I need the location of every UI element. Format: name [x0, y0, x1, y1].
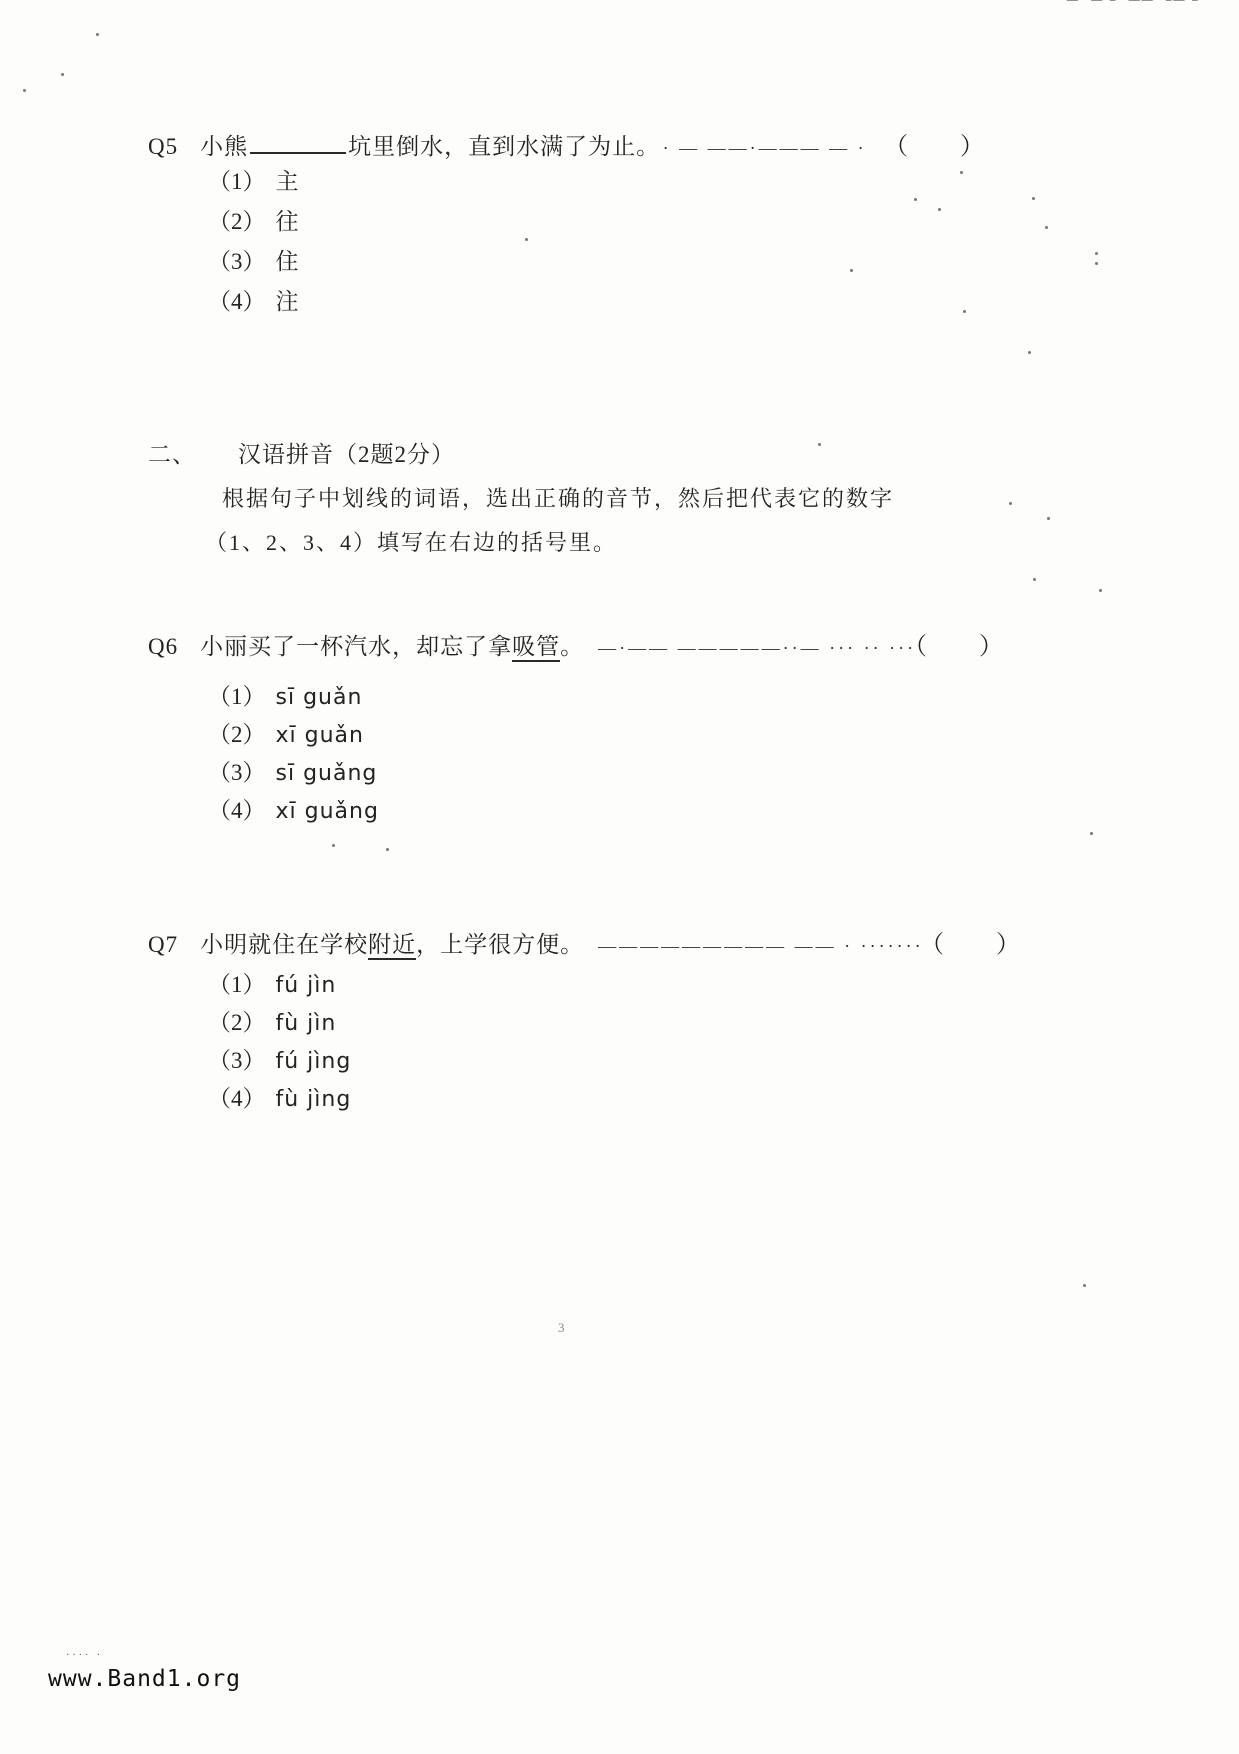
- noise-dot: [1083, 1284, 1086, 1287]
- q6-bracket-open: （: [903, 634, 927, 660]
- q7-text-after: ，上学很方便。: [416, 932, 584, 957]
- q6-text-after: 。: [560, 634, 584, 659]
- q5-text-before-blank: 小熊: [200, 134, 248, 159]
- q6-text-before: 小丽买了一杯汽水，却忘了拿: [200, 634, 512, 659]
- q5-option-4-number: （4）: [208, 289, 266, 314]
- q6-option-3-text: sī guǎng: [276, 761, 378, 786]
- q5-option-2-number: （2）: [208, 209, 266, 234]
- q7-underlined-word: 附近: [368, 932, 416, 960]
- q5-dotted-leader: · — ——·——— — ·: [663, 138, 867, 158]
- q7-text-before: 小明就住在学校: [200, 932, 368, 957]
- section-2-instruction-line1: 根据句子中划线的词语，选出正确的音节，然后把代表它的数字: [222, 482, 894, 513]
- noise-dot: [818, 443, 821, 446]
- q6-option-4-text: xī guǎng: [276, 799, 379, 824]
- q5-label: Q5: [148, 134, 178, 159]
- noise-dot: [1090, 832, 1093, 835]
- q6-options: （1）sī guǎn （2）xī guǎn （3）sī guǎng （4）xī …: [208, 678, 379, 830]
- q7-option-3-text: fú jìng: [276, 1049, 352, 1074]
- noise-dot: [332, 844, 335, 847]
- noise-dot: [1033, 578, 1036, 581]
- q7-option-4-text: fù jìng: [276, 1087, 352, 1112]
- q7-option-2: （2）fù jìn: [208, 1004, 351, 1042]
- q7-label: Q7: [148, 932, 178, 957]
- noise-dot: [1028, 351, 1031, 354]
- q7-option-2-text: fù jìn: [276, 1011, 337, 1036]
- q5-option-3-text: 住: [276, 249, 299, 274]
- page-number: 3: [558, 1320, 565, 1336]
- q7-option-1: （1）fú jìn: [208, 966, 351, 1004]
- q5-bracket-close: ）: [960, 134, 984, 160]
- q6-answer-bracket: （）: [903, 626, 1003, 661]
- q5-option-3: （3）住: [208, 242, 299, 282]
- q5-option-2: （2）往: [208, 202, 299, 242]
- watermark-url: www.Band1.org: [48, 1666, 241, 1692]
- q7-dotted-leader: ————————— —— · ·······: [598, 936, 923, 956]
- q6-bracket-close: ）: [979, 634, 1003, 660]
- q6-option-2: （2）xī guǎn: [208, 716, 379, 754]
- noise-dot: [525, 238, 528, 241]
- q7-option-1-number: （1）: [208, 972, 266, 997]
- section-2-title: 汉语拼音（2题2分）: [238, 442, 455, 467]
- q7-option-4-number: （4）: [208, 1086, 266, 1111]
- noise-dot: [96, 33, 99, 36]
- q5-option-4-text: 注: [276, 289, 299, 314]
- question-q6: Q6小丽买了一杯汽水，却忘了拿吸管。—·—— —————··— ··· ·· ·…: [148, 628, 916, 661]
- q7-option-2-number: （2）: [208, 1010, 266, 1035]
- q7-bracket-open: （: [920, 932, 944, 958]
- q6-option-1-number: （1）: [208, 684, 266, 709]
- q7-answer-bracket: （）: [920, 924, 1020, 959]
- noise-dot: [1047, 517, 1050, 520]
- q5-option-3-number: （3）: [208, 249, 266, 274]
- noise-dot: [1099, 589, 1102, 592]
- noise-dot: [1032, 197, 1035, 200]
- noise-dot: [914, 198, 917, 201]
- q5-option-1: （1）主: [208, 162, 299, 202]
- q5-answer-bracket: （）: [884, 126, 984, 161]
- question-q5: Q5小熊坑里倒水，直到水满了为止。· — ——·——— — ·: [148, 128, 867, 161]
- q6-underlined-word: 吸管: [512, 634, 560, 662]
- q6-option-4: （4）xī guǎng: [208, 792, 379, 830]
- q5-option-4: （4）注: [208, 282, 299, 322]
- q7-option-3-number: （3）: [208, 1048, 266, 1073]
- q6-option-3: （3）sī guǎng: [208, 754, 379, 792]
- q6-label: Q6: [148, 634, 178, 659]
- noise-dot: [1095, 252, 1098, 255]
- page-edge-fragment: ·—··—·–··——··–—·–··: [1061, 0, 1211, 6]
- q5-option-2-text: 往: [276, 209, 299, 234]
- q5-bracket-open: （: [884, 134, 908, 160]
- q5-options: （1）主 （2）往 （3）住 （4）注: [208, 162, 299, 322]
- q5-answer-blank: [250, 129, 346, 154]
- q7-option-3: （3）fú jìng: [208, 1042, 351, 1080]
- q6-option-4-number: （4）: [208, 798, 266, 823]
- noise-dot: [1009, 502, 1012, 505]
- q6-option-1: （1）sī guǎn: [208, 678, 379, 716]
- q6-option-2-text: xī guǎn: [276, 723, 364, 748]
- q6-option-3-number: （3）: [208, 760, 266, 785]
- q5-text-after-blank: 坑里倒水，直到水满了为止。: [348, 134, 649, 159]
- noise-dot: [23, 89, 26, 92]
- q6-option-1-text: sī guǎn: [276, 685, 363, 710]
- noise-dot: [963, 310, 966, 313]
- q5-option-1-text: 主: [276, 169, 299, 194]
- noise-dot: [61, 73, 64, 76]
- noise-dot: [1045, 226, 1048, 229]
- noise-dot: [386, 848, 389, 851]
- q6-dotted-leader: —·—— —————··— ··· ·· ···: [598, 638, 916, 658]
- q7-option-4: （4）fù jìng: [208, 1080, 351, 1118]
- q6-option-2-number: （2）: [208, 722, 266, 747]
- question-q7: Q7小明就住在学校附近，上学很方便。————————— —— · ·······: [148, 926, 924, 959]
- q5-option-1-number: （1）: [208, 169, 266, 194]
- watermark-dots: ···· ·: [66, 1650, 103, 1661]
- q7-options: （1）fú jìn （2）fù jìn （3）fú jìng （4）fù jìn…: [208, 966, 351, 1118]
- q7-bracket-close: ）: [996, 932, 1020, 958]
- noise-dot: [938, 208, 941, 211]
- noise-dot: [1095, 262, 1098, 265]
- section-2-instruction-line2: （1、2、3、4）填写在右边的括号里。: [205, 526, 617, 557]
- section-2-number: 二、: [148, 442, 196, 467]
- section-2-heading: 二、汉语拼音（2题2分）: [148, 436, 455, 469]
- noise-dot: [850, 269, 853, 272]
- q7-option-1-text: fú jìn: [276, 973, 337, 998]
- noise-dot: [960, 171, 963, 174]
